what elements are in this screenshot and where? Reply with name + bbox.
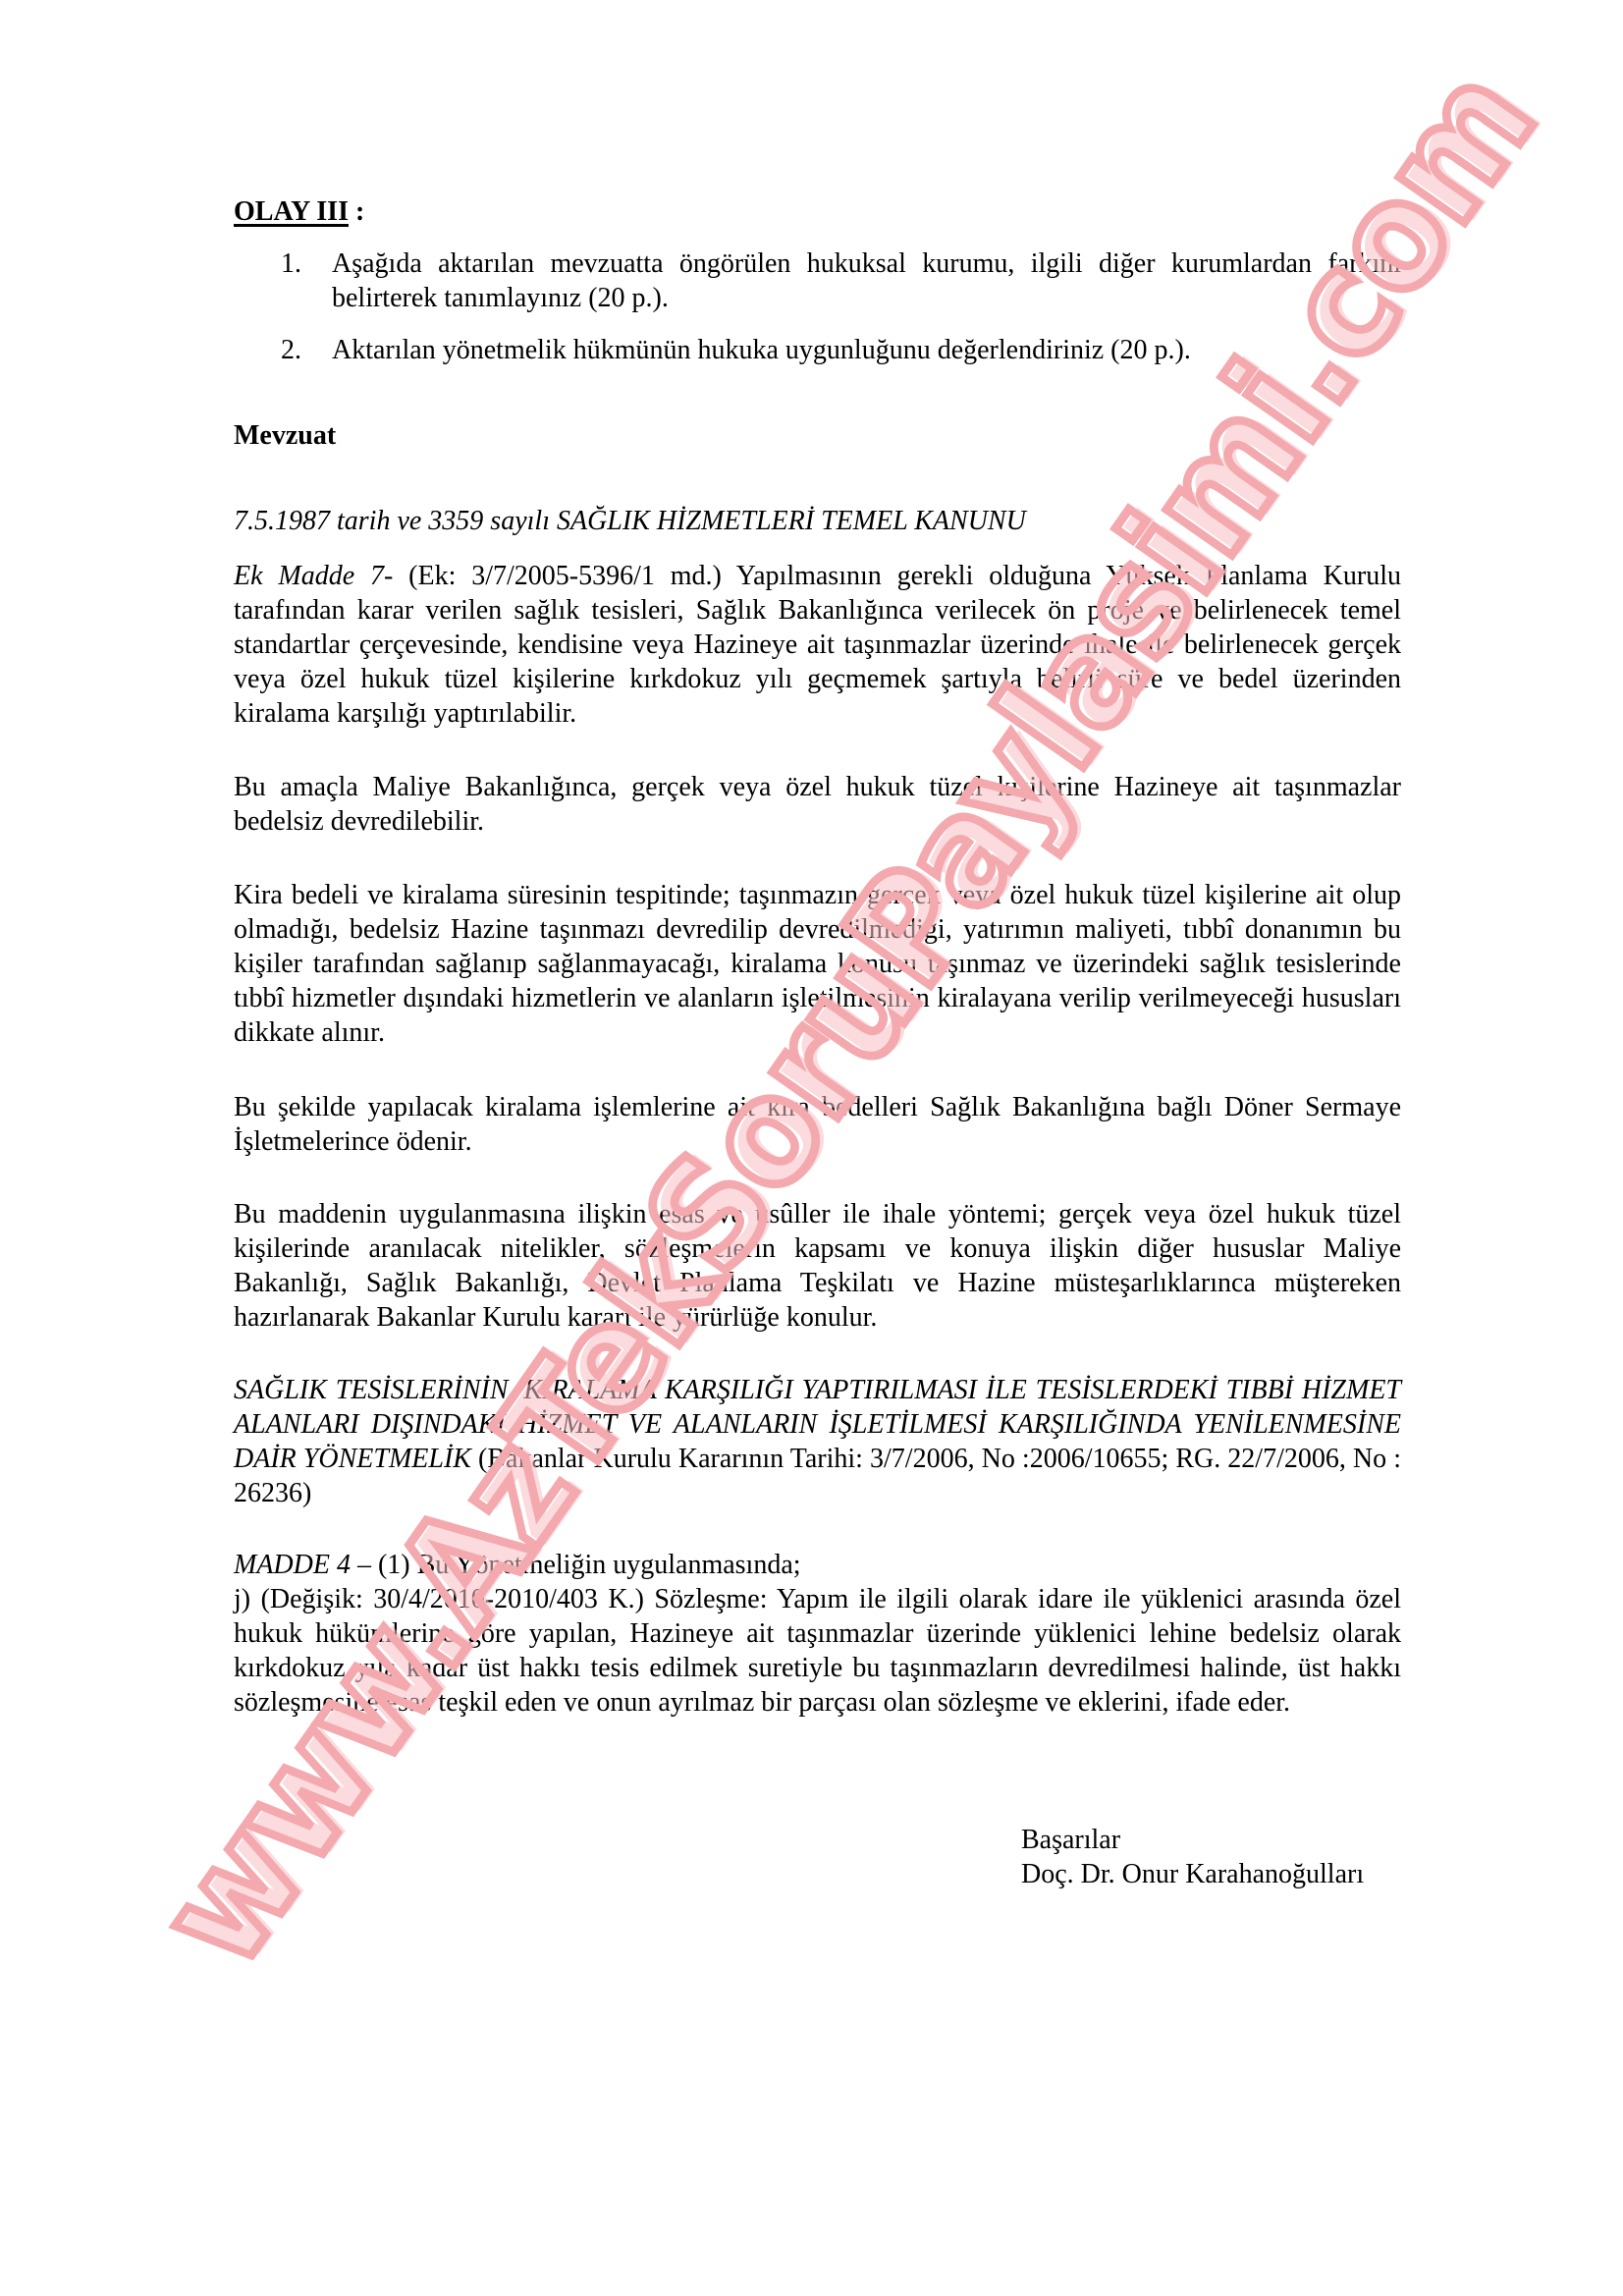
ek-madde-paragraph: Ek Madde 7- (Ek: 3/7/2005-5396/1 md.) Ya… (234, 559, 1401, 731)
closing-text: Başarılar (1021, 1823, 1364, 1857)
madde4-paragraph: MADDE 4 – (1) Bu Yönetmeliğin uygulanmas… (234, 1548, 1401, 1720)
question-item: 1. Aşağıda aktarılan mevzuatta öngörülen… (234, 246, 1401, 315)
question-list: 1. Aşağıda aktarılan mevzuatta öngörülen… (234, 246, 1401, 385)
madde4-intro-line: MADDE 4 – (1) Bu Yönetmeliğin uygulanmas… (234, 1548, 1401, 1582)
mevzuat-heading: Mevzuat (234, 418, 1401, 453)
author-name: Doç. Dr. Onur Karahanoğulları (1021, 1857, 1364, 1891)
section-heading-colon: : (349, 196, 364, 227)
question-text: Aşağıda aktarılan mevzuatta öngörülen hu… (332, 248, 1401, 313)
madde4-clause: j) (Değişik: 30/4/2010-2010/403 K.) Sözl… (234, 1582, 1401, 1720)
paragraph: Bu amaçla Maliye Bakanlığınca, gerçek ve… (234, 770, 1401, 839)
signature-block: Başarılar Doç. Dr. Onur Karahanoğulları (1021, 1823, 1364, 1891)
regulation-paragraph: SAĞLIK TESİSLERİNİN, KİRALAMA KARŞILIĞI … (234, 1373, 1401, 1510)
ek-madde-label: Ek Madde 7- (234, 561, 393, 591)
document-page: OLAY III : 1. Aşağıda aktarılan mevzuatt… (0, 0, 1623, 2296)
paragraph: Kira bedeli ve kiralama süresinin tespit… (234, 878, 1401, 1050)
paragraph: Bu şekilde yapılacak kiralama işlemlerin… (234, 1090, 1401, 1159)
paragraph: Bu maddenin uygulanmasına ilişkin esas v… (234, 1197, 1401, 1335)
question-item: 2. Aktarılan yönetmelik hükmünün hukuka … (234, 333, 1401, 367)
question-number: 2. (281, 333, 301, 367)
madde4-intro: – (1) Bu Yönetmeliğin uygulanmasında; (351, 1550, 801, 1580)
ek-madde-text: (Ek: 3/7/2005-5396/1 md.) Yapılmasının g… (234, 561, 1401, 729)
question-text: Aktarılan yönetmelik hükmünün hukuka uyg… (332, 335, 1191, 365)
madde4-label: MADDE 4 (234, 1550, 351, 1580)
section-heading: OLAY III : (234, 194, 1401, 229)
law-title: 7.5.1987 tarih ve 3359 sayılı SAĞLIK HİZ… (234, 504, 1401, 538)
section-heading-title: OLAY III (234, 196, 349, 227)
question-number: 1. (281, 246, 301, 281)
